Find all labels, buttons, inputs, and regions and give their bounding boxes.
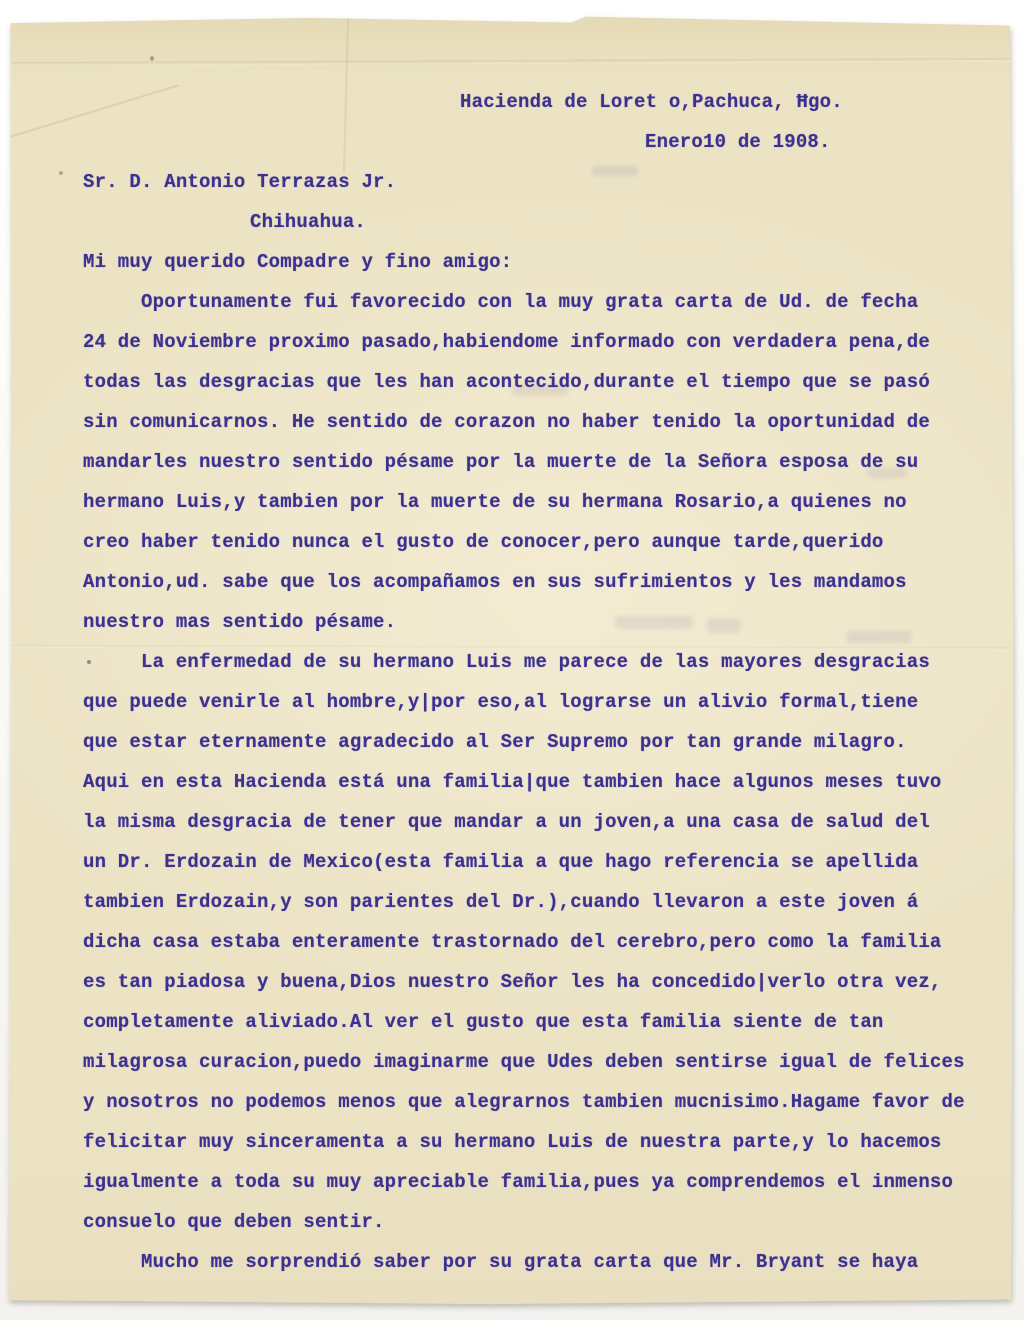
fold-crease-top bbox=[7, 58, 1014, 66]
salutation-line: Mi muy querido Compadre y fino amigo: bbox=[83, 242, 995, 282]
body-line: todas las desgracias que les han acontec… bbox=[83, 362, 995, 402]
body-line: que puede venirle al hombre,y|por eso,al… bbox=[83, 682, 995, 722]
body-line: Aqui en esta Hacienda está una familia|q… bbox=[83, 762, 995, 802]
recipient-line: Sr. D. Antonio Terrazas Jr. bbox=[83, 162, 995, 202]
body-line: felicitar muy sinceramenta a su hermano … bbox=[83, 1122, 995, 1162]
scanned-letter-image: Hacienda de Loret o,Pachuca, Ħgo. Enero1… bbox=[0, 0, 1024, 1320]
body-line: la misma desgracia de tener que mandar a… bbox=[83, 802, 995, 842]
body-line: nuestro mas sentido pésame. bbox=[83, 602, 995, 642]
letter-page: Hacienda de Loret o,Pachuca, Ħgo. Enero1… bbox=[7, 16, 1014, 1306]
body-line: 24 de Noviembre proximo pasado,habiendom… bbox=[83, 322, 995, 362]
body-line: Antonio,ud. sabe que los acompañamos en … bbox=[83, 562, 995, 602]
body-line: La enfermedad de su hermano Luis me pare… bbox=[83, 642, 995, 682]
body-line: completamente aliviado.Al ver el gusto q… bbox=[83, 1002, 995, 1042]
body-line: tambien Erdozain,y son parientes del Dr.… bbox=[83, 882, 995, 922]
body-line: creo haber tenido nunca el gusto de cono… bbox=[83, 522, 995, 562]
body-line: consuelo que deben sentir. bbox=[83, 1202, 995, 1242]
body-line: un Dr. Erdozain de Mexico(esta familia a… bbox=[83, 842, 995, 882]
body-line: sin comunicarnos. He sentido de corazon … bbox=[83, 402, 995, 442]
body-line: y nosotros no podemos menos que alegrarn… bbox=[83, 1082, 995, 1122]
body-line: igualmente a toda su muy apreciable fami… bbox=[83, 1162, 995, 1202]
body-line: Oportunamente fui favorecido con la muy … bbox=[83, 282, 995, 322]
body-line: que estar eternamente agradecido al Ser … bbox=[83, 722, 995, 762]
typed-text: Hacienda de Loret o,Pachuca, Ħgo. Enero1… bbox=[83, 82, 995, 1282]
letter-page-wrap: Hacienda de Loret o,Pachuca, Ħgo. Enero1… bbox=[7, 16, 1014, 1306]
paper-speck bbox=[150, 56, 154, 61]
body-line: hermano Luis,y tambien por la muerte de … bbox=[83, 482, 995, 522]
body-line: es tan piadosa y buena,Dios nuestro Seño… bbox=[83, 962, 995, 1002]
body-line: milagrosa curacion,puedo imaginarme que … bbox=[83, 1042, 995, 1082]
date-line: Enero10 de 1908. bbox=[83, 122, 995, 162]
city-line: Chihuahua. bbox=[83, 202, 995, 242]
body-line: dicha casa estaba enteramente trastornad… bbox=[83, 922, 995, 962]
body-line: Mucho me sorprendió saber por su grata c… bbox=[83, 1242, 995, 1282]
paper-speck bbox=[59, 171, 63, 175]
place-line: Hacienda de Loret o,Pachuca, Ħgo. bbox=[83, 82, 995, 122]
body-line: mandarles nuestro sentido pésame por la … bbox=[83, 442, 995, 482]
